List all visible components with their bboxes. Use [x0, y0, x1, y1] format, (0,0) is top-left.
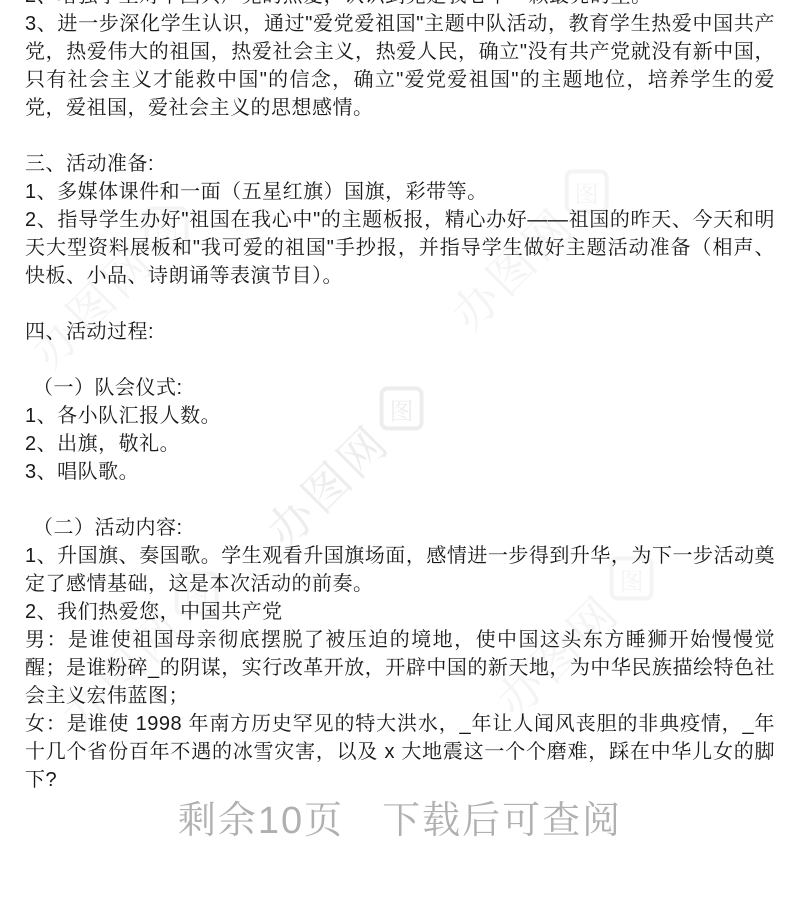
remaining-pages-count: 剩余10页: [178, 798, 344, 844]
section-heading-process: 四、活动过程:: [25, 318, 775, 346]
paragraph-ceremony-3: 3、唱队歌。: [25, 458, 775, 486]
subsection-heading-ceremony: （一）队会仪式:: [25, 374, 775, 402]
blank-line: [25, 122, 775, 150]
section-heading-preparation: 三、活动准备:: [25, 150, 775, 178]
paragraph-ceremony-1: 1、各小队汇报人数。: [25, 402, 775, 430]
paragraph-preparation-2: 2、指导学生办好"祖国在我心中"的主题板报，精心办好——祖国的昨天、今天和明天大…: [25, 206, 775, 290]
paragraph-content-2: 2、我们热爱您，中国共产党: [25, 598, 775, 626]
paragraph-preparation-1: 1、多媒体课件和一面（五星红旗）国旗，彩带等。: [25, 178, 775, 206]
blank-line: [25, 346, 775, 374]
paragraph-aim-2-cutoff: 2、增强学生对中国共产党的热爱，认识到党是我心中一颗最亮的星。: [25, 0, 775, 10]
download-to-view-hint: 下载后可查阅: [382, 798, 622, 844]
paragraph-male-speaker: 男：是谁使祖国母亲彻底摆脱了被压迫的境地，使中国这头东方睡狮开始慢慢觉醒；是谁粉…: [25, 626, 775, 710]
document-preview-page: 办图网 图 办图网 图 办图网 图 办图网 图 办图网 图 2、增强学生对中国共…: [0, 0, 800, 902]
paragraph-female-speaker: 女：是谁使 1998 年南方历史罕见的特大洪水，_年让人闻风丧胆的非典疫情，_年…: [25, 710, 775, 794]
paragraph-content-1: 1、升国旗、奏国歌。学生观看升国旗场面，感情进一步得到升华，为下一步活动奠定了感…: [25, 542, 775, 598]
subsection-heading-content: （二）活动内容:: [25, 514, 775, 542]
paragraph-ceremony-2: 2、出旗，敬礼。: [25, 430, 775, 458]
document-body: 2、增强学生对中国共产党的热爱，认识到党是我心中一颗最亮的星。 3、进一步深化学…: [0, 0, 800, 794]
paragraph-aim-3: 3、进一步深化学生认识，通过"爱党爱祖国"主题中队活动，教育学生热爱中国共产党，…: [25, 10, 775, 122]
remaining-pages-notice: 剩余10页 下载后可查阅: [0, 798, 800, 844]
blank-line: [25, 486, 775, 514]
blank-line: [25, 290, 775, 318]
